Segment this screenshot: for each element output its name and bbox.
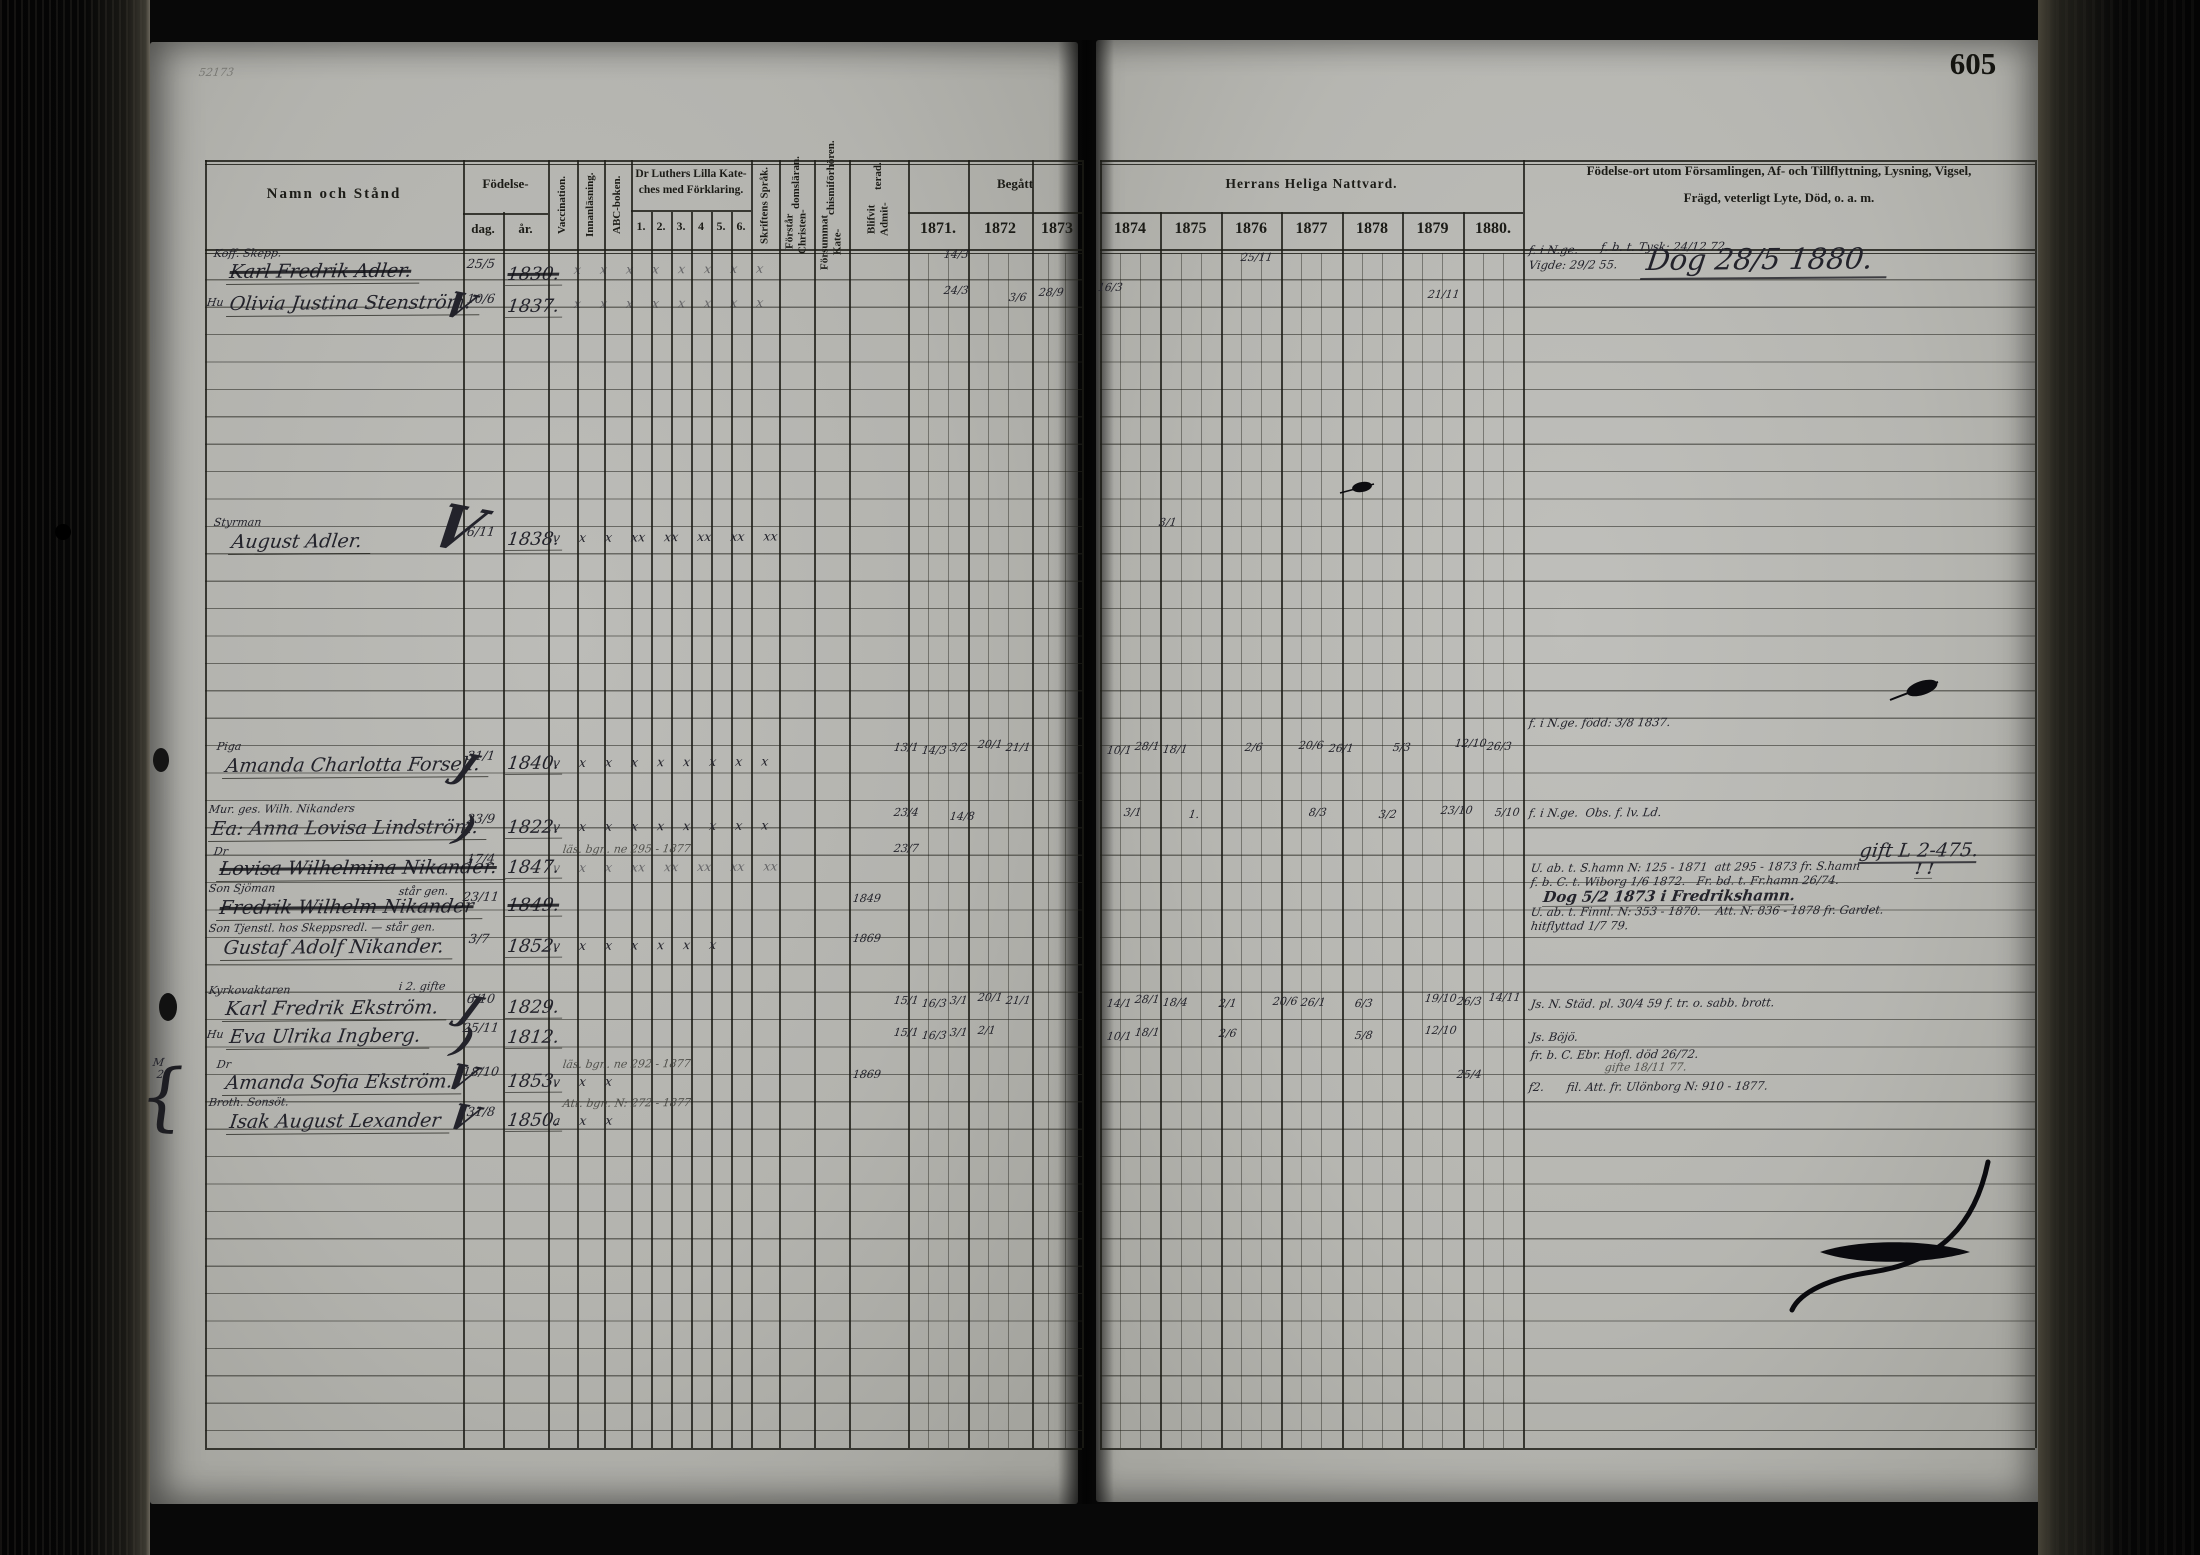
handwritten-entry: Broth. Sonsöt. xyxy=(208,1095,290,1109)
handwritten-entry: Amanda Sofia Ekström. xyxy=(222,1070,464,1096)
table-rule-line xyxy=(1160,212,1162,1448)
handwritten-entry: 1869 xyxy=(852,1068,882,1081)
table-rule-line xyxy=(631,210,751,212)
pencil-note: 52173 xyxy=(198,66,235,79)
handwritten-entry: 31/1 xyxy=(466,748,496,763)
year-header-1876: 1876 xyxy=(1221,220,1281,238)
table-rule-line xyxy=(849,160,851,1448)
table-rule-line xyxy=(205,1448,1082,1450)
col-header-blifvit-admitterad: Blifvit Admit-terad. xyxy=(849,162,908,248)
year-header-1874: 1874 xyxy=(1100,220,1160,238)
handwritten-entry: 5/8 xyxy=(1354,1029,1373,1042)
year-header-1873: 1873 xyxy=(1032,220,1082,238)
handwritten-entry: 6/11 xyxy=(466,524,496,539)
table-rule-line xyxy=(1281,212,1283,1448)
handwritten-entry: v x x x x x x x x xyxy=(552,817,769,834)
handwritten-entry: Dr xyxy=(213,845,229,858)
handwritten-entry: 1849. xyxy=(505,895,565,917)
handwritten-entry: 3/1 xyxy=(1158,516,1177,529)
handwritten-entry: 3/2 xyxy=(949,741,968,754)
handwritten-entry: 17/4 xyxy=(466,851,496,866)
handwritten-entry: Dr xyxy=(216,1058,232,1071)
col-header-skriftens-sprak: Skriftens Språk. xyxy=(751,162,779,248)
handwritten-entry: 15/1 xyxy=(893,994,919,1007)
handwritten-entry: 12/10 xyxy=(1454,737,1487,750)
handwritten-entry: Eva Ulrika Ingberg. xyxy=(226,1025,432,1050)
handwritten-entry: 14/1 xyxy=(1106,997,1132,1010)
handwritten-entry: 2/6 xyxy=(1244,741,1263,754)
col-header-begatt: Begått xyxy=(955,176,1075,192)
handwritten-entry: 21/1 xyxy=(1005,994,1031,1007)
year-header-1871: 1871. xyxy=(908,220,968,238)
col-header-namn-och-stand: Namn och Stånd xyxy=(205,186,463,203)
table-rule-line xyxy=(779,160,781,1448)
handwritten-entry: 10/1 xyxy=(1106,1030,1132,1043)
handwritten-entry: 14/8 xyxy=(949,810,975,823)
handwritten-entry: v x x x x x x x x xyxy=(552,753,769,770)
year-header-1877: 1877 xyxy=(1281,220,1342,238)
handwritten-entry: Son Sjöman xyxy=(208,882,276,895)
handwritten-entry: 10/6 xyxy=(466,291,496,306)
col-header-herrans-heliga-nattvard: Herrans Heliga Nattvard. xyxy=(1100,176,1523,192)
table-rule-line xyxy=(928,253,929,1448)
pencil-note: läs. bgn. ne 292 - 1877. xyxy=(562,1057,695,1071)
handwritten-entry: 21/1 xyxy=(1005,741,1031,754)
handwritten-entry: 16/3 xyxy=(921,1029,947,1042)
handwritten-entry: Gustaf Adolf Nikander. xyxy=(220,935,455,961)
handwritten-entry: 20/6 xyxy=(1298,739,1324,752)
handwritten-entry: Karl Fredrik Adler. xyxy=(226,260,423,285)
handwritten-entry: Amanda Charlotta Forsell. xyxy=(222,753,491,779)
table-rule-line xyxy=(205,164,1082,165)
table-rule-line xyxy=(1008,253,1009,1448)
col-header-forsummat-katechismiforhoren: Försummat Kate-chismiförhören. xyxy=(814,162,849,248)
table-rule-line xyxy=(1082,160,1084,1448)
handwritten-entry: Mur. ges. Wilh. Nikanders xyxy=(208,802,356,816)
table-rule-line xyxy=(1301,253,1302,1448)
table-rule-line xyxy=(1483,253,1484,1448)
pencil-note: läs. bgn. ne 295 - 1877. xyxy=(562,842,695,856)
handwritten-entry: 14/11 xyxy=(1488,991,1521,1004)
handwritten-entry: v x x x x x x xyxy=(552,937,717,953)
handwritten-entry: 6/10 xyxy=(466,991,496,1006)
col-header-luthers-line1: Dr Luthers Lilla Kate- xyxy=(631,168,751,180)
book-scan: 605 Namn och Stånd Födelse- dag. år. Vac… xyxy=(0,0,2200,1555)
handwritten-entry: 28/9 xyxy=(1038,286,1064,299)
table-rule-line xyxy=(814,160,816,1448)
vertical-label-line: terad. xyxy=(872,162,885,190)
handwritten-entry: Karl Fredrik Ekström. xyxy=(222,996,450,1022)
table-rule-line xyxy=(1100,1448,2035,1450)
handwritten-entry: 5/10 xyxy=(1494,806,1520,819)
table-rule-line xyxy=(205,160,1082,162)
handwritten-entry: 10/1 xyxy=(1106,744,1132,757)
handwritten-entry: 26/1 xyxy=(1328,742,1354,755)
handwritten-entry: 5/3 xyxy=(1392,741,1411,754)
handwritten-entry: Vigde: 29/2 55. xyxy=(1528,257,1619,272)
handwritten-entry: U. ab. t. Finnl. N: 353 - 1870. Att. N: … xyxy=(1530,903,1885,919)
handwritten-entry: 23/10 xyxy=(1440,804,1473,817)
handwritten-entry: Son Tjenstl. hos Skeppsredl. — står gen. xyxy=(208,920,436,935)
handwritten-entry: 24/3 xyxy=(943,284,969,297)
col-header-notes-line1: Födelse-ort utom Församlingen, Af- och T… xyxy=(1523,163,2035,179)
year-header-1875: 1875 xyxy=(1160,220,1221,238)
table-rule-line xyxy=(1048,253,1049,1448)
handwritten-entry: f. i N.ge. xyxy=(1528,243,1579,257)
handwritten-entry: 25/5 xyxy=(466,256,496,271)
table-rule-line xyxy=(1402,212,1404,1448)
vertical-label-line: Förstår Christen- xyxy=(784,209,810,254)
handwritten-entry: 14/3 xyxy=(943,248,969,261)
table-rule-line xyxy=(908,212,1082,214)
handwritten-entry: 1830. xyxy=(505,264,565,286)
year-header-1880: 1880. xyxy=(1463,220,1523,238)
handwritten-entry: 12/10 xyxy=(1424,1024,1457,1037)
handwritten-entry: v x x xx xx xx xx xx xyxy=(552,858,779,875)
table-rule-line xyxy=(205,160,207,1448)
table-rule-line xyxy=(1221,212,1223,1448)
handwritten-entry: 6/3 xyxy=(1354,997,1373,1010)
handwritten-entry: Fredrik Wilhelm Nikander xyxy=(216,895,485,921)
table-rule-line xyxy=(1362,253,1363,1448)
handwritten-entry: 2/1 xyxy=(1218,997,1237,1010)
col-header-kateches-4: 4 xyxy=(691,219,711,234)
handwritten-entry: Dog 28/5 1880. xyxy=(1640,241,1891,280)
col-header-luthers-line2: ches med Förklaring. xyxy=(631,184,751,196)
handwritten-entry: 1849 xyxy=(852,892,882,905)
pencil-note: gifte 18/11 77. xyxy=(1604,1060,1688,1074)
table-rule-line xyxy=(1463,212,1465,1448)
handwritten-entry: 18/1 xyxy=(1134,1026,1160,1039)
handwritten-entry: 28/1 xyxy=(1134,993,1160,1006)
handwritten-entry: 3/2 xyxy=(1378,808,1397,821)
handwritten-entry: f. i N.ge. född: 3/8 1837. xyxy=(1528,715,1671,730)
table-rule-line xyxy=(503,212,505,1448)
handwritten-entry: 25/4 xyxy=(1456,1068,1482,1081)
col-header-innanlasning: Innanläsning. xyxy=(577,162,604,248)
book-edge-left xyxy=(0,0,150,1555)
table-rule-line xyxy=(1100,160,1102,1448)
handwritten-entry: 26/1 xyxy=(1300,996,1326,1009)
year-header-1872: 1872 xyxy=(968,220,1032,238)
col-header-ar: år. xyxy=(503,221,548,237)
table-rule-line xyxy=(1201,253,1202,1448)
table-rule-line xyxy=(463,160,465,1448)
handwritten-entry: 2/6 xyxy=(1218,1027,1237,1040)
col-header-kateches-5: 5. xyxy=(711,219,731,234)
col-header-kateches-3: 3. xyxy=(671,219,691,234)
table-rule-line xyxy=(968,160,970,1448)
year-header-1879: 1879 xyxy=(1402,220,1463,238)
handwritten-entry: f. i N.ge. Obs. f. lv. Ld. xyxy=(1528,805,1663,820)
table-rule-line xyxy=(577,160,579,1448)
handwritten-entry: 3/1 xyxy=(949,1026,968,1039)
handwritten-entry: Hu xyxy=(206,1028,224,1041)
table-rule-line xyxy=(1120,253,1121,1448)
handwritten-entry: 20/6 xyxy=(1272,995,1298,1008)
handwritten-entry: 15/1 xyxy=(893,1026,919,1039)
vertical-label-line: Blifvit Admit- xyxy=(866,190,892,248)
handwritten-entry: 20/1 xyxy=(977,738,1003,751)
table-rule-line xyxy=(1523,160,1525,1448)
handwritten-entry: v x x xx xx xx xx xx xyxy=(552,528,779,545)
handwritten-entry: 20/1 xyxy=(977,991,1003,1004)
table-rule-line xyxy=(948,253,949,1448)
table-rule-line xyxy=(1382,253,1383,1448)
col-header-kateches-1: 1. xyxy=(631,219,651,234)
handwritten-entry: 13/1 xyxy=(893,741,919,754)
handwritten-entry: 18/1 xyxy=(1162,743,1188,756)
handwritten-entry: 23/7 xyxy=(893,842,919,855)
table-rule-line xyxy=(1032,160,1034,1448)
handwritten-entry: Js. Böjö. xyxy=(1530,1030,1579,1044)
handwritten-entry: 26/3 xyxy=(1486,740,1512,753)
col-header-notes-line2: Frägd, veterligt Lyte, Död, o. a. m. xyxy=(1523,190,2035,206)
table-rule-line xyxy=(604,160,606,1448)
table-rule-line xyxy=(1422,253,1423,1448)
handwritten-entry: Styrman xyxy=(213,516,262,529)
handwritten-entry: x x x x x x x x xyxy=(573,295,764,311)
handwritten-entry: 23/4 xyxy=(893,806,919,819)
handwritten-entry: 19/10 xyxy=(1424,992,1457,1005)
handwritten-entry: Lovisa Wilhelmina Nikander. xyxy=(216,856,508,882)
pencil-note: Att. bgn. N: 272 - 1877. xyxy=(562,1096,695,1110)
handwritten-entry: Kyrkovaktaren xyxy=(208,983,291,997)
col-header-fodelse: Födelse- xyxy=(463,176,548,192)
handwritten-entry: Koff. Skepp. xyxy=(213,247,282,260)
handwritten-entry: 1837. xyxy=(505,296,565,318)
handwritten-entry: 1869 xyxy=(852,932,882,945)
table-rule-line xyxy=(1065,253,1066,1448)
col-header-vaccination: Vaccination. xyxy=(548,162,577,248)
handwritten-entry: Piga xyxy=(216,740,242,753)
handwritten-entry: 25/11 xyxy=(462,1020,500,1035)
handwritten-entry: 18/10 xyxy=(462,1064,500,1079)
table-rule-line xyxy=(631,160,633,1448)
handwritten-entry: 21/11 xyxy=(1427,288,1460,301)
col-header-dag: dag. xyxy=(463,221,503,237)
table-rule-line xyxy=(1503,253,1504,1448)
handwritten-entry: 3/7 xyxy=(468,931,490,946)
table-rule-line xyxy=(548,160,550,1448)
handwritten-entry: 2/1 xyxy=(977,1024,996,1037)
handwritten-entry: i 2. gifte xyxy=(398,980,446,993)
handwritten-entry: 18/4 xyxy=(1162,996,1188,1009)
handwritten-entry: 3/1 xyxy=(1123,806,1142,819)
handwritten-entry: 26/3 xyxy=(1456,995,1482,1008)
handwritten-entry: f2. xyxy=(1528,1080,1545,1094)
handwritten-entry: 14/3 xyxy=(921,744,947,757)
table-rule-line xyxy=(1321,253,1322,1448)
table-rule-line xyxy=(1100,212,1523,214)
vertical-label-line: chismiförhören. xyxy=(825,140,838,215)
handwritten-entry: 31/8 xyxy=(466,1104,496,1119)
col-header-kateches-6: 6. xyxy=(731,219,751,234)
handwritten-entry: 25/11 xyxy=(1240,251,1273,264)
table-rule-line xyxy=(1342,212,1344,1448)
year-header-1878: 1878 xyxy=(1342,220,1402,238)
handwritten-entry: x x x x x x x x xyxy=(573,261,764,277)
handwritten-entry: 23/11 xyxy=(462,889,500,904)
table-rule-line xyxy=(988,253,989,1448)
table-rule-line xyxy=(1100,160,2035,162)
page-number: 605 xyxy=(1918,46,2028,82)
handwritten-entry: 16/3 xyxy=(921,997,947,1010)
col-header-kateches-2: 2. xyxy=(651,219,671,234)
table-rule-line xyxy=(2035,160,2037,1448)
book-edge-right xyxy=(2038,0,2200,1555)
handwritten-entry: v x x xyxy=(552,1074,613,1089)
handwritten-entry: 8/3 xyxy=(1308,806,1327,819)
table-rule-line xyxy=(1261,253,1262,1448)
handwritten-entry: Js. N. Städ. pl. 30/4 59 f. tr. o. sabb.… xyxy=(1530,995,1776,1011)
table-rule-line xyxy=(908,160,910,1448)
handwritten-entry: 1812. xyxy=(505,1027,565,1049)
vertical-label-line: Försummat Kate- xyxy=(819,215,845,270)
table-rule-line xyxy=(1241,253,1242,1448)
handwritten-entry: Ea: Anna Lovisa Lindström. xyxy=(208,816,490,842)
table-rule-line xyxy=(1100,164,2035,165)
table-rule-line xyxy=(463,213,548,215)
handwritten-entry: 1829. xyxy=(505,997,565,1019)
handwritten-entry: 23/9 xyxy=(466,811,496,826)
col-header-abc-boken: ABC-boken. xyxy=(604,162,631,248)
table-rule-line xyxy=(1181,253,1182,1448)
handwritten-entry: Hu xyxy=(206,296,224,309)
handwritten-entry: 1. xyxy=(1188,808,1200,821)
handwritten-entry: 3/1 xyxy=(949,994,968,1007)
col-header-forstar-christendomslaran: Förstår Christen-domsläran. xyxy=(779,162,814,248)
table-rule-line xyxy=(1140,253,1141,1448)
handwritten-entry: 28/1 xyxy=(1134,740,1160,753)
handwritten-entry: 16/3 xyxy=(1097,281,1123,294)
handwritten-entry: fil. Att. fr. Ulönborg N: 910 - 1877. xyxy=(1566,1079,1769,1094)
handwritten-entry: 3/6 xyxy=(1008,291,1027,304)
handwritten-entry: a x x xyxy=(552,1113,614,1128)
handwritten-entry: ! ! xyxy=(1914,860,1935,879)
handwritten-entry: Isak August Lexander xyxy=(226,1109,452,1135)
table-rule-line xyxy=(751,160,753,1448)
handwritten-entry: August Adler. xyxy=(228,530,373,555)
handwritten-entry: hitflyttad 1/7 79. xyxy=(1530,918,1629,933)
table-rule-line xyxy=(1442,253,1443,1448)
